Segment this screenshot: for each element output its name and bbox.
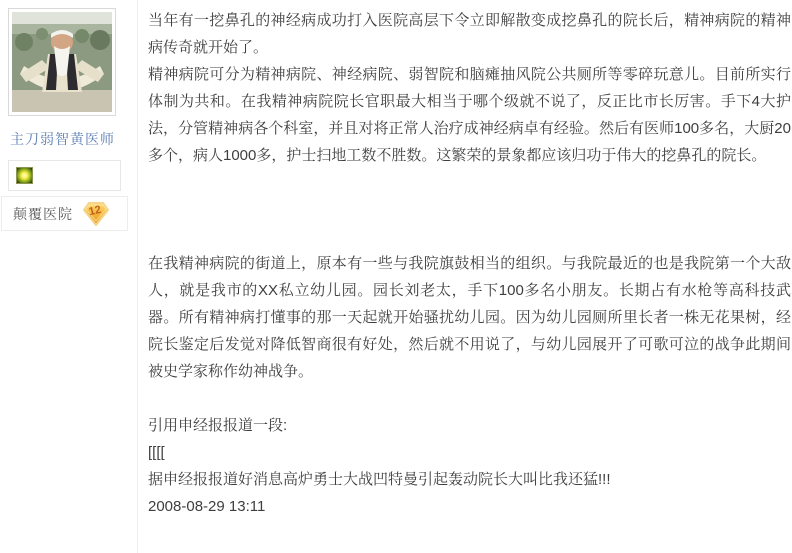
post-paragraph-1: 当年有一挖鼻孔的神经病成功打入医院高层下令立即解散变成挖鼻孔的院长后，精神病院的… xyxy=(148,7,791,61)
post-body: 当年有一挖鼻孔的神经病成功打入医院高层下令立即解散变成挖鼻孔的院长后，精神病院的… xyxy=(148,7,791,520)
guild-box: 颠覆医院 12 xyxy=(1,196,128,231)
username-link[interactable]: 主刀弱智黄医师 xyxy=(10,129,115,149)
forum-post-page: 主刀弱智黄医师 颠覆医院 12 当年有一挖鼻孔的神经病成功打入医 xyxy=(0,0,792,553)
avatar[interactable] xyxy=(8,8,116,116)
guild-name: 颠覆医院 xyxy=(13,204,73,224)
sidebar-content-divider xyxy=(137,0,138,553)
quote-bracket: [[[[ xyxy=(148,439,791,466)
quote-intro: 引用申经报报道一段: xyxy=(148,412,791,439)
medal-box xyxy=(8,160,121,191)
level-number: 12 xyxy=(88,203,102,217)
post-timestamp: 2008-08-29 13:11 xyxy=(148,493,791,520)
post-paragraph-3: 在我精神病院的街道上，原本有一些与我院旗鼓相当的组织。与我院最近的也是我院第一个… xyxy=(148,250,791,385)
avatar-image-icon xyxy=(12,12,112,112)
quote-report-line: 据申经报报道好消息高炉勇士大战凹特曼引起轰动院长大叫比我还猛!!! xyxy=(148,466,791,493)
author-sidebar: 主刀弱智黄医师 颠覆医院 12 xyxy=(8,8,130,231)
glowing-star-medal-icon[interactable] xyxy=(16,167,33,184)
level-badge-gem-icon[interactable]: 12 xyxy=(82,201,110,227)
post-paragraph-2: 精神病院可分为精神病院、神经病院、弱智院和脑瘫抽风院公共厕所等零碎玩意儿。目前所… xyxy=(148,61,791,169)
